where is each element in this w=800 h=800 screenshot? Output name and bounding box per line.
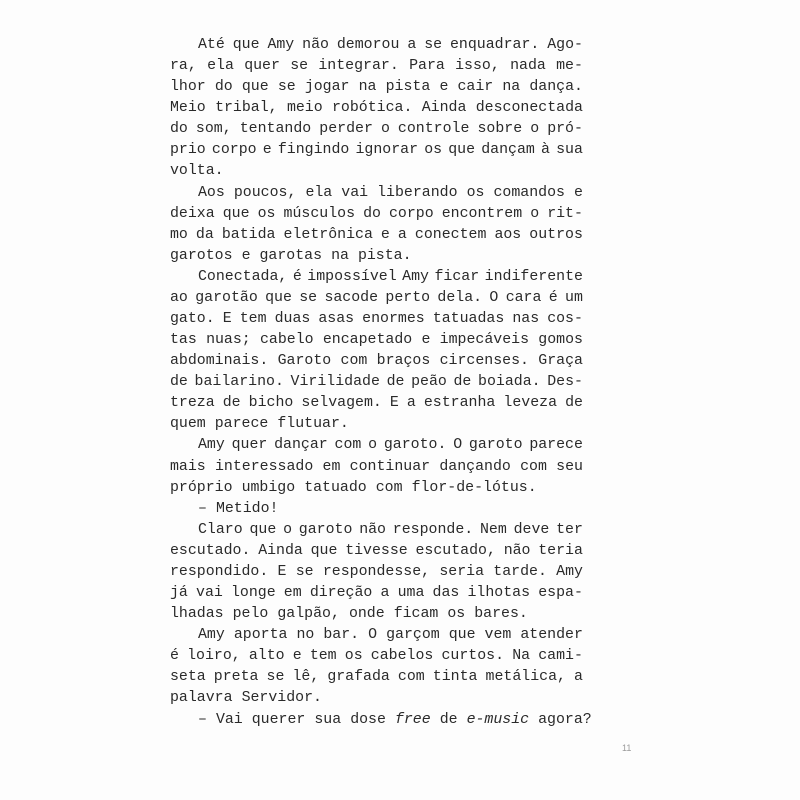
word: se [299,288,317,309]
word: ela [305,183,332,204]
word: bailarino. [195,372,284,393]
word: Servidor. [242,688,322,709]
word: os [424,140,442,161]
word: dançam [481,140,535,161]
word: Vai [216,710,243,731]
word: nas [512,309,539,330]
text-line: setapretaselê,grafadacomtintametálica,a [170,667,583,688]
word: Metido! [216,499,279,520]
word: nada [510,56,546,77]
word: tem [310,646,337,667]
word: é [549,288,558,309]
word: a [398,225,407,246]
word: do [363,204,381,225]
word: que [233,35,260,56]
word: fingindo [278,140,350,161]
word: quer [232,435,268,456]
word: ficam [394,604,439,625]
word: do [215,77,233,98]
word: agora? [538,710,592,731]
word: de [387,372,405,393]
word: impossível [307,267,396,288]
word: e [381,225,390,246]
word: asas [318,309,354,330]
word: controle [398,119,470,140]
word: e [421,330,430,351]
word: músculos [284,204,356,225]
word: Amy [402,267,429,288]
word: não [504,541,531,562]
word: galpão, [277,604,340,625]
word: na [502,77,520,98]
word: braços [377,351,431,372]
text-line: dosom,tentandoperderocontrolesobreopró- [170,119,583,140]
word: encontrem [442,204,522,225]
word: parece [215,414,269,435]
text-line: Amyaportanobar.Ogarçomquevematender [170,625,583,646]
word: o [530,204,539,225]
word: que [242,77,269,98]
word: vem [485,625,512,646]
word: se [290,56,308,77]
word: à [541,140,550,161]
word: tem [240,309,267,330]
word: seta [170,667,206,688]
text-line: Aospoucos,elavailiberandooscomandose [170,183,583,204]
word: Graça [538,351,583,372]
word: vai [196,583,223,604]
word: isso, [455,56,500,77]
word: escutado. [170,541,250,562]
word: ter [556,520,583,541]
word: perto [385,288,430,309]
text-line: AtéqueAmynãodemorouaseenquadrar.Ago- [170,35,583,56]
word: a [574,667,583,688]
word: deixa [170,204,215,225]
word: bicho [249,393,294,414]
paragraph: Amyquerdançarcomogaroto.Ogarotoparecemai… [170,435,583,498]
word: Até [198,35,225,56]
word: flor-de-lótus. [412,478,537,499]
word: vai [341,183,368,204]
word: bares. [474,604,528,625]
text-line: próprioumbigotatuadocomflor-de-lótus. [170,478,583,499]
word: impecáveis [440,330,529,351]
word: que [311,541,338,562]
word: curtos. [441,646,504,667]
word: pista. [358,246,412,267]
word: é [293,267,302,288]
word: pista [386,77,431,98]
word: E [390,393,399,414]
word: os [258,204,276,225]
word: a [407,393,416,414]
word: lê, [292,667,319,688]
text-line: lhordoquesejogarnapistaecairnadança. [170,77,583,98]
word: Ainda [422,98,467,119]
word: se [278,77,296,98]
word: longe [231,583,276,604]
word: encapetado [323,330,412,351]
text-line: éloiro,altoetemoscabeloscurtos.Nacami- [170,646,583,667]
word: umbigo [242,478,296,499]
word: que [223,204,250,225]
word: preta [214,667,259,688]
word: os [345,646,363,667]
word: a [381,583,390,604]
word: sua [314,710,341,731]
text-line: priocorpoefingindoignorarosquedançamàsua [170,140,583,161]
word: dose [350,710,386,731]
word: quer [244,56,280,77]
word: é [170,646,179,667]
word: e [263,140,272,161]
word: o [530,119,539,140]
word: não [359,520,386,541]
word: sua [556,140,583,161]
word: que [448,140,475,161]
word: garotos [170,246,233,267]
word: jogar [305,77,350,98]
word: Nem [480,520,507,541]
text-line: modabatidaeletrônicaeaconectemaosoutros [170,225,583,246]
word: Des- [547,372,583,393]
word: lhor [170,77,206,98]
word: cami- [538,646,583,667]
word: Ago- [547,35,583,56]
word: cabelo [260,330,314,351]
word: deve [514,520,550,541]
word: e [293,646,302,667]
word: Conectada, [198,267,287,288]
word: das [433,583,460,604]
paragraph: AtéqueAmynãodemorouaseenquadrar.Ago-ra,e… [170,35,583,183]
word: cabelos [371,646,434,667]
word: de [223,393,241,414]
word: tatuado [304,478,367,499]
word: nuas; [206,330,251,351]
word: liberando [377,183,457,204]
word: de [170,372,188,393]
word: os [467,183,485,204]
word: circenses. [440,351,529,372]
text-line: –Metido! [170,499,583,520]
word: O [453,435,462,456]
word: com [398,667,425,688]
word: free [395,710,431,731]
word: tivesse [345,541,408,562]
word: perder [319,119,373,140]
word: dançar [274,435,328,456]
word: Amy [198,435,225,456]
word: tinta [433,667,478,688]
word: Na [512,646,530,667]
word: Amy [198,625,225,646]
word: comandos [494,183,566,204]
word: E [278,562,287,583]
word: enquadrar. [450,35,539,56]
word: leveza [503,393,557,414]
text-line: jávailongeemdireçãoaumadasilhotasespa- [170,583,583,604]
word: dança. [529,77,583,98]
text-line: debailarino.Virilidadedepeãodeboiada.Des… [170,372,583,393]
word: tas [170,330,197,351]
text-line: palavraServidor. [170,688,583,709]
word: na [331,246,349,267]
word: eletrônica [284,225,373,246]
word: alto [249,646,285,667]
text-line: garotosegarotasnapista. [170,246,583,267]
word: volta. [170,161,224,182]
text-line: escutado.Aindaquetivesseescutado,nãoteri… [170,541,583,562]
word: com [335,435,362,456]
word: O [368,625,377,646]
word: – [198,499,207,520]
word: garoto [299,520,353,541]
word: boiada. [478,372,541,393]
word: Meio [170,98,206,119]
word: mo [170,225,188,246]
word: garçom [386,625,440,646]
word: dela. [437,288,482,309]
word: Amy [556,562,583,583]
word: demorou [337,35,400,56]
text-line: aogarotãoquesesacodepertodela.Ocaraéum [170,288,583,309]
word: corpo [389,204,434,225]
text-line: volta. [170,161,583,182]
word: rit- [547,204,583,225]
word: da [196,225,214,246]
text-line: abdominais.Garotocombraçoscircenses.Graç… [170,351,583,372]
word: – [198,710,207,731]
paragraph: Amyaportanobar.Ogarçomquevematenderéloir… [170,625,583,709]
page-number: 11 [622,743,631,753]
word: não [302,35,329,56]
word: outros [529,225,583,246]
word: Virilidade [291,372,380,393]
word: respondido. [170,562,268,583]
word: batida [222,225,276,246]
word: palavra [170,688,233,709]
word: conectem [415,225,487,246]
word: o [283,520,292,541]
word: na [359,77,377,98]
word: pelo [233,604,269,625]
word: meio [287,98,323,119]
paragraph: –Vaiquerersuadosefreedee-musicagora? [170,710,583,731]
word: pró- [547,119,583,140]
word: Claro [198,520,243,541]
word: aos [494,225,521,246]
word: com [520,457,547,478]
word: bar. [323,625,359,646]
word: respondesse, [323,562,430,583]
word: já [170,583,188,604]
word: o [381,119,390,140]
word: que [449,625,476,646]
word: ficar [434,267,479,288]
word: som, [196,119,232,140]
word: tentando [240,119,312,140]
word: Aos [198,183,225,204]
word: escutado, [416,541,496,562]
word: que [265,288,292,309]
word: enormes [362,309,425,330]
word: os [447,604,465,625]
word: Amy [267,35,294,56]
word: sacode [324,288,378,309]
word: garoto [469,435,523,456]
word: tribal, [215,98,278,119]
text-line: respondido.Eserespondesse,seriatarde.Amy [170,562,583,583]
word: espa- [538,583,583,604]
word: com [376,478,403,499]
word: direção [310,583,373,604]
word: abdominais. [170,351,268,372]
word: grafada [327,667,390,688]
word: robótica. [332,98,412,119]
word: loiro, [187,646,241,667]
word: poucos, [234,183,297,204]
text-line: lhadaspelogalpão,ondeficamosbares. [170,604,583,625]
word: a [407,35,416,56]
word: que [249,520,276,541]
word: aporta [234,625,288,646]
word: e [439,77,448,98]
word: próprio [170,478,233,499]
word: parece [529,435,583,456]
word: no [296,625,314,646]
text-line: maisinteressadoemcontinuardançandocomseu [170,457,583,478]
word: Garoto [278,351,332,372]
word: com [341,351,368,372]
paragraph: Aospoucos,elavailiberandooscomandosedeix… [170,183,583,267]
word: onde [349,604,385,625]
word: garoto. [384,435,447,456]
word: ela [207,56,234,77]
word: treza [170,393,215,414]
text-line: Meiotribal,meiorobótica.Aindadesconectad… [170,98,583,119]
text-line: Conectada,éimpossívelAmyficarindiferente [170,267,583,288]
text-line: tasnuas;cabeloencapetadoeimpecáveisgomos [170,330,583,351]
word: em [323,457,341,478]
word: duas [275,309,311,330]
word: em [284,583,302,604]
word: estranha [424,393,496,414]
body-text: AtéqueAmynãodemorouaseenquadrar.Ago-ra,e… [170,35,583,731]
word: ilhotas [468,583,531,604]
word: seria [439,562,484,583]
paragraph: Claroqueogarotonãoresponde.Nemdeveteresc… [170,520,583,625]
word: lhadas [170,604,224,625]
text-line: deixaqueosmúsculosdocorpoencontremorit- [170,204,583,225]
word: garotas [260,246,323,267]
word: desconectada [476,98,583,119]
paragraph: –Metido! [170,499,583,520]
text-line: ra,elaquerseintegrar.Paraisso,nadame- [170,56,583,77]
word: Para [409,56,445,77]
word: selvagem. [301,393,381,414]
word: me- [556,56,583,77]
book-page: AtéqueAmynãodemorouaseenquadrar.Ago-ra,e… [0,0,800,800]
word: e [574,183,583,204]
word: ignorar [356,140,419,161]
word: sobre [477,119,522,140]
word: de [565,393,583,414]
word: do [170,119,188,140]
word: interessado [215,457,313,478]
word: um [565,288,583,309]
word: e [242,246,251,267]
word: corpo [212,140,257,161]
word: quem [170,414,206,435]
word: prio [170,140,206,161]
word: Ainda [258,541,303,562]
word: se [296,562,314,583]
word: de [440,710,458,731]
word: de [454,372,472,393]
word: cos- [547,309,583,330]
word: se [424,35,442,56]
word: seu [556,457,583,478]
word: integrar. [318,56,398,77]
word: flutuar. [277,414,349,435]
text-line: trezadebichoselvagem.Eaestranhalevezade [170,393,583,414]
paragraph: Conectada,éimpossívelAmyficarindiferente… [170,267,583,436]
word: indiferente [485,267,583,288]
word: se [267,667,285,688]
word: dançando [439,457,511,478]
word: garotão [195,288,258,309]
word: continuar [350,457,430,478]
word: responde. [393,520,473,541]
word: cair [458,77,494,98]
word: e-music [467,710,530,731]
word: tatuadas [433,309,505,330]
word: o [368,435,377,456]
word: E [223,309,232,330]
word: uma [398,583,425,604]
text-line: Claroqueogarotonãoresponde.Nemdeveter [170,520,583,541]
word: metálica, [486,667,566,688]
word: querer [252,710,306,731]
word: mais [170,457,206,478]
word: teria [538,541,583,562]
word: ao [170,288,188,309]
text-line: Amyquerdançarcomogaroto.Ogarotoparece [170,435,583,456]
word: atender [520,625,583,646]
text-line: quempareceflutuar. [170,414,583,435]
word: tarde. [493,562,547,583]
text-line: gato.Etemduasasasenormestatuadasnascos- [170,309,583,330]
word: peão [411,372,447,393]
word: gato. [170,309,215,330]
word: gomos [538,330,583,351]
word: cara [506,288,542,309]
word: O [489,288,498,309]
word: ra, [170,56,197,77]
text-line: –Vaiquerersuadosefreedee-musicagora? [170,710,583,731]
